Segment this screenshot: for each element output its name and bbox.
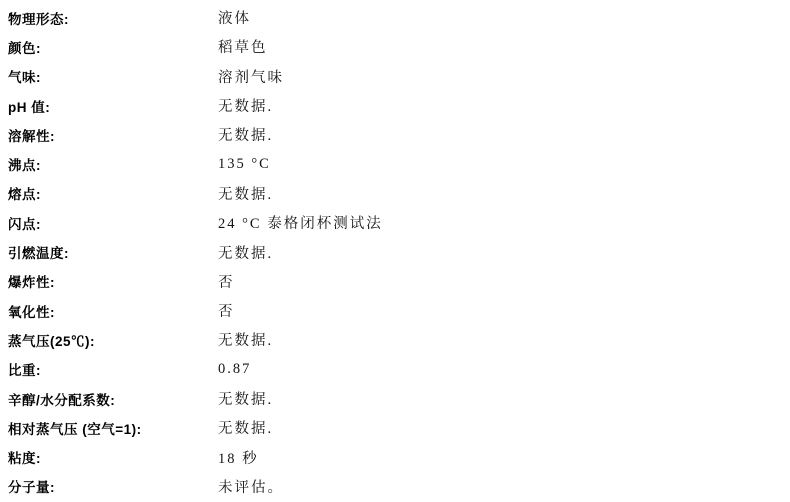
property-value: 无数据. bbox=[218, 242, 273, 263]
property-value: 稻草色 bbox=[218, 36, 268, 57]
property-value: 否 bbox=[218, 300, 235, 321]
property-label: 颜色: bbox=[8, 37, 218, 57]
property-value: 0.87 bbox=[218, 361, 251, 378]
property-value: 无数据. bbox=[218, 329, 273, 350]
property-label: 辛醇/水分配系数: bbox=[8, 389, 218, 409]
property-value: 无数据. bbox=[218, 95, 273, 116]
property-value: 否 bbox=[218, 271, 235, 292]
property-label: 引燃温度: bbox=[8, 242, 218, 262]
property-row: 相对蒸气压 (空气=1): 无数据. bbox=[8, 413, 790, 442]
property-row: 沸点: 135 °C bbox=[8, 149, 790, 178]
property-row: pH 值: 无数据. bbox=[8, 91, 790, 120]
property-label: pH 值: bbox=[8, 96, 218, 116]
property-row: 氧化性: 否 bbox=[8, 296, 790, 325]
property-row: 物理形态: 液体 bbox=[8, 3, 790, 32]
property-row: 蒸气压(25℃): 无数据. bbox=[8, 325, 790, 354]
property-value: 无数据. bbox=[218, 124, 273, 145]
property-label: 粘度: bbox=[8, 447, 218, 467]
property-row: 熔点: 无数据. bbox=[8, 179, 790, 208]
property-value: 无数据. bbox=[218, 183, 273, 204]
property-label: 熔点: bbox=[8, 183, 218, 203]
property-value: 溶剂气味 bbox=[218, 66, 284, 87]
property-label: 爆炸性: bbox=[8, 271, 218, 291]
property-value: 135 °C bbox=[218, 156, 271, 173]
property-row: 闪点: 24 °C 泰格闭杯测试法 bbox=[8, 208, 790, 237]
property-value: 液体 bbox=[218, 7, 251, 28]
property-label: 氧化性: bbox=[8, 301, 218, 321]
property-label: 分子量: bbox=[8, 476, 218, 496]
property-label: 沸点: bbox=[8, 154, 218, 174]
property-row: 粘度: 18 秒 bbox=[8, 442, 790, 471]
property-row: 辛醇/水分配系数: 无数据. bbox=[8, 384, 790, 413]
property-row: 引燃温度: 无数据. bbox=[8, 237, 790, 266]
property-value: 18 秒 bbox=[218, 447, 259, 468]
property-row: 溶解性: 无数据. bbox=[8, 120, 790, 149]
property-row: 比重: 0.87 bbox=[8, 355, 790, 384]
property-label: 闪点: bbox=[8, 213, 218, 233]
property-row: 颜色: 稻草色 bbox=[8, 32, 790, 61]
property-label: 比重: bbox=[8, 359, 218, 379]
property-value: 24 °C 泰格闭杯测试法 bbox=[218, 212, 383, 233]
property-value: 无数据. bbox=[218, 417, 273, 438]
property-row: 爆炸性: 否 bbox=[8, 267, 790, 296]
property-label: 蒸气压(25℃): bbox=[8, 330, 218, 350]
property-value: 未评估。 bbox=[218, 476, 284, 497]
property-row: 气味: 溶剂气味 bbox=[8, 62, 790, 91]
property-label: 相对蒸气压 (空气=1): bbox=[8, 418, 218, 438]
property-label: 溶解性: bbox=[8, 125, 218, 145]
property-value: 无数据. bbox=[218, 388, 273, 409]
document-page: 物理形态: 液体 颜色: 稻草色 气味: 溶剂气味 pH 值: 无数据. 溶解性… bbox=[0, 0, 790, 502]
property-row: 分子量: 未评估。 bbox=[8, 472, 790, 501]
property-label: 气味: bbox=[8, 66, 218, 86]
property-label: 物理形态: bbox=[8, 8, 218, 28]
